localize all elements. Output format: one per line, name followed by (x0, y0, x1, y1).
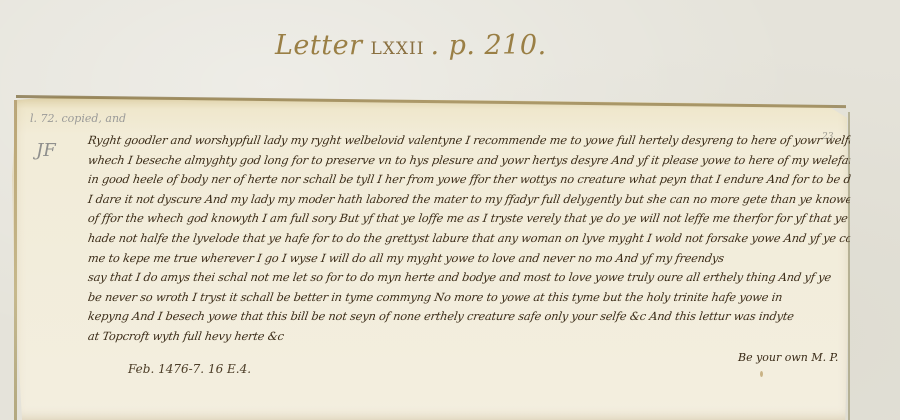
ink-spot (760, 371, 763, 377)
signature: Be your own M. P. (738, 351, 838, 364)
heading-page-reference: . p. 210. (430, 30, 546, 61)
handwritten-line: say that I do amys thei schal not me let… (87, 268, 852, 288)
handwritten-line: of ffor the whech god knowyth I am full … (87, 209, 852, 229)
letter-body: Ryght goodler and worshypfull lady my ry… (88, 131, 850, 347)
handwritten-line: kepyng And I besech yowe that this bill … (87, 307, 852, 327)
heading-prefix: Letter (275, 30, 363, 61)
letter-heading: LetterLXXII. p. 210. (275, 30, 547, 61)
margin-annotation: l. 72. copied, and (30, 112, 126, 125)
date-annotation: Feb. 1476-7. 16 E.4. (128, 362, 251, 376)
handwritten-line: me to kepe me true wherever I go I wyse … (87, 249, 852, 269)
handwritten-line: be never so wroth I tryst it schall be b… (87, 288, 852, 308)
handwritten-line: whech I beseche almyghty god long for to… (87, 151, 852, 171)
paper-edge-left (14, 100, 17, 420)
handwritten-line: at Topcroft wyth full hevy herte &c (87, 327, 390, 347)
handwritten-line: I dare it not dyscure And my lady my mod… (87, 190, 852, 210)
margin-mark: JF (36, 140, 56, 161)
handwritten-line: in good heele of body ner of herte nor s… (87, 170, 852, 190)
handwritten-line: Ryght goodler and worshypfull lady my ry… (87, 131, 852, 151)
heading-roman-numeral: LXXII (371, 39, 425, 59)
handwritten-line: hade not halfe the lyvelode that ye hafe… (87, 229, 852, 249)
